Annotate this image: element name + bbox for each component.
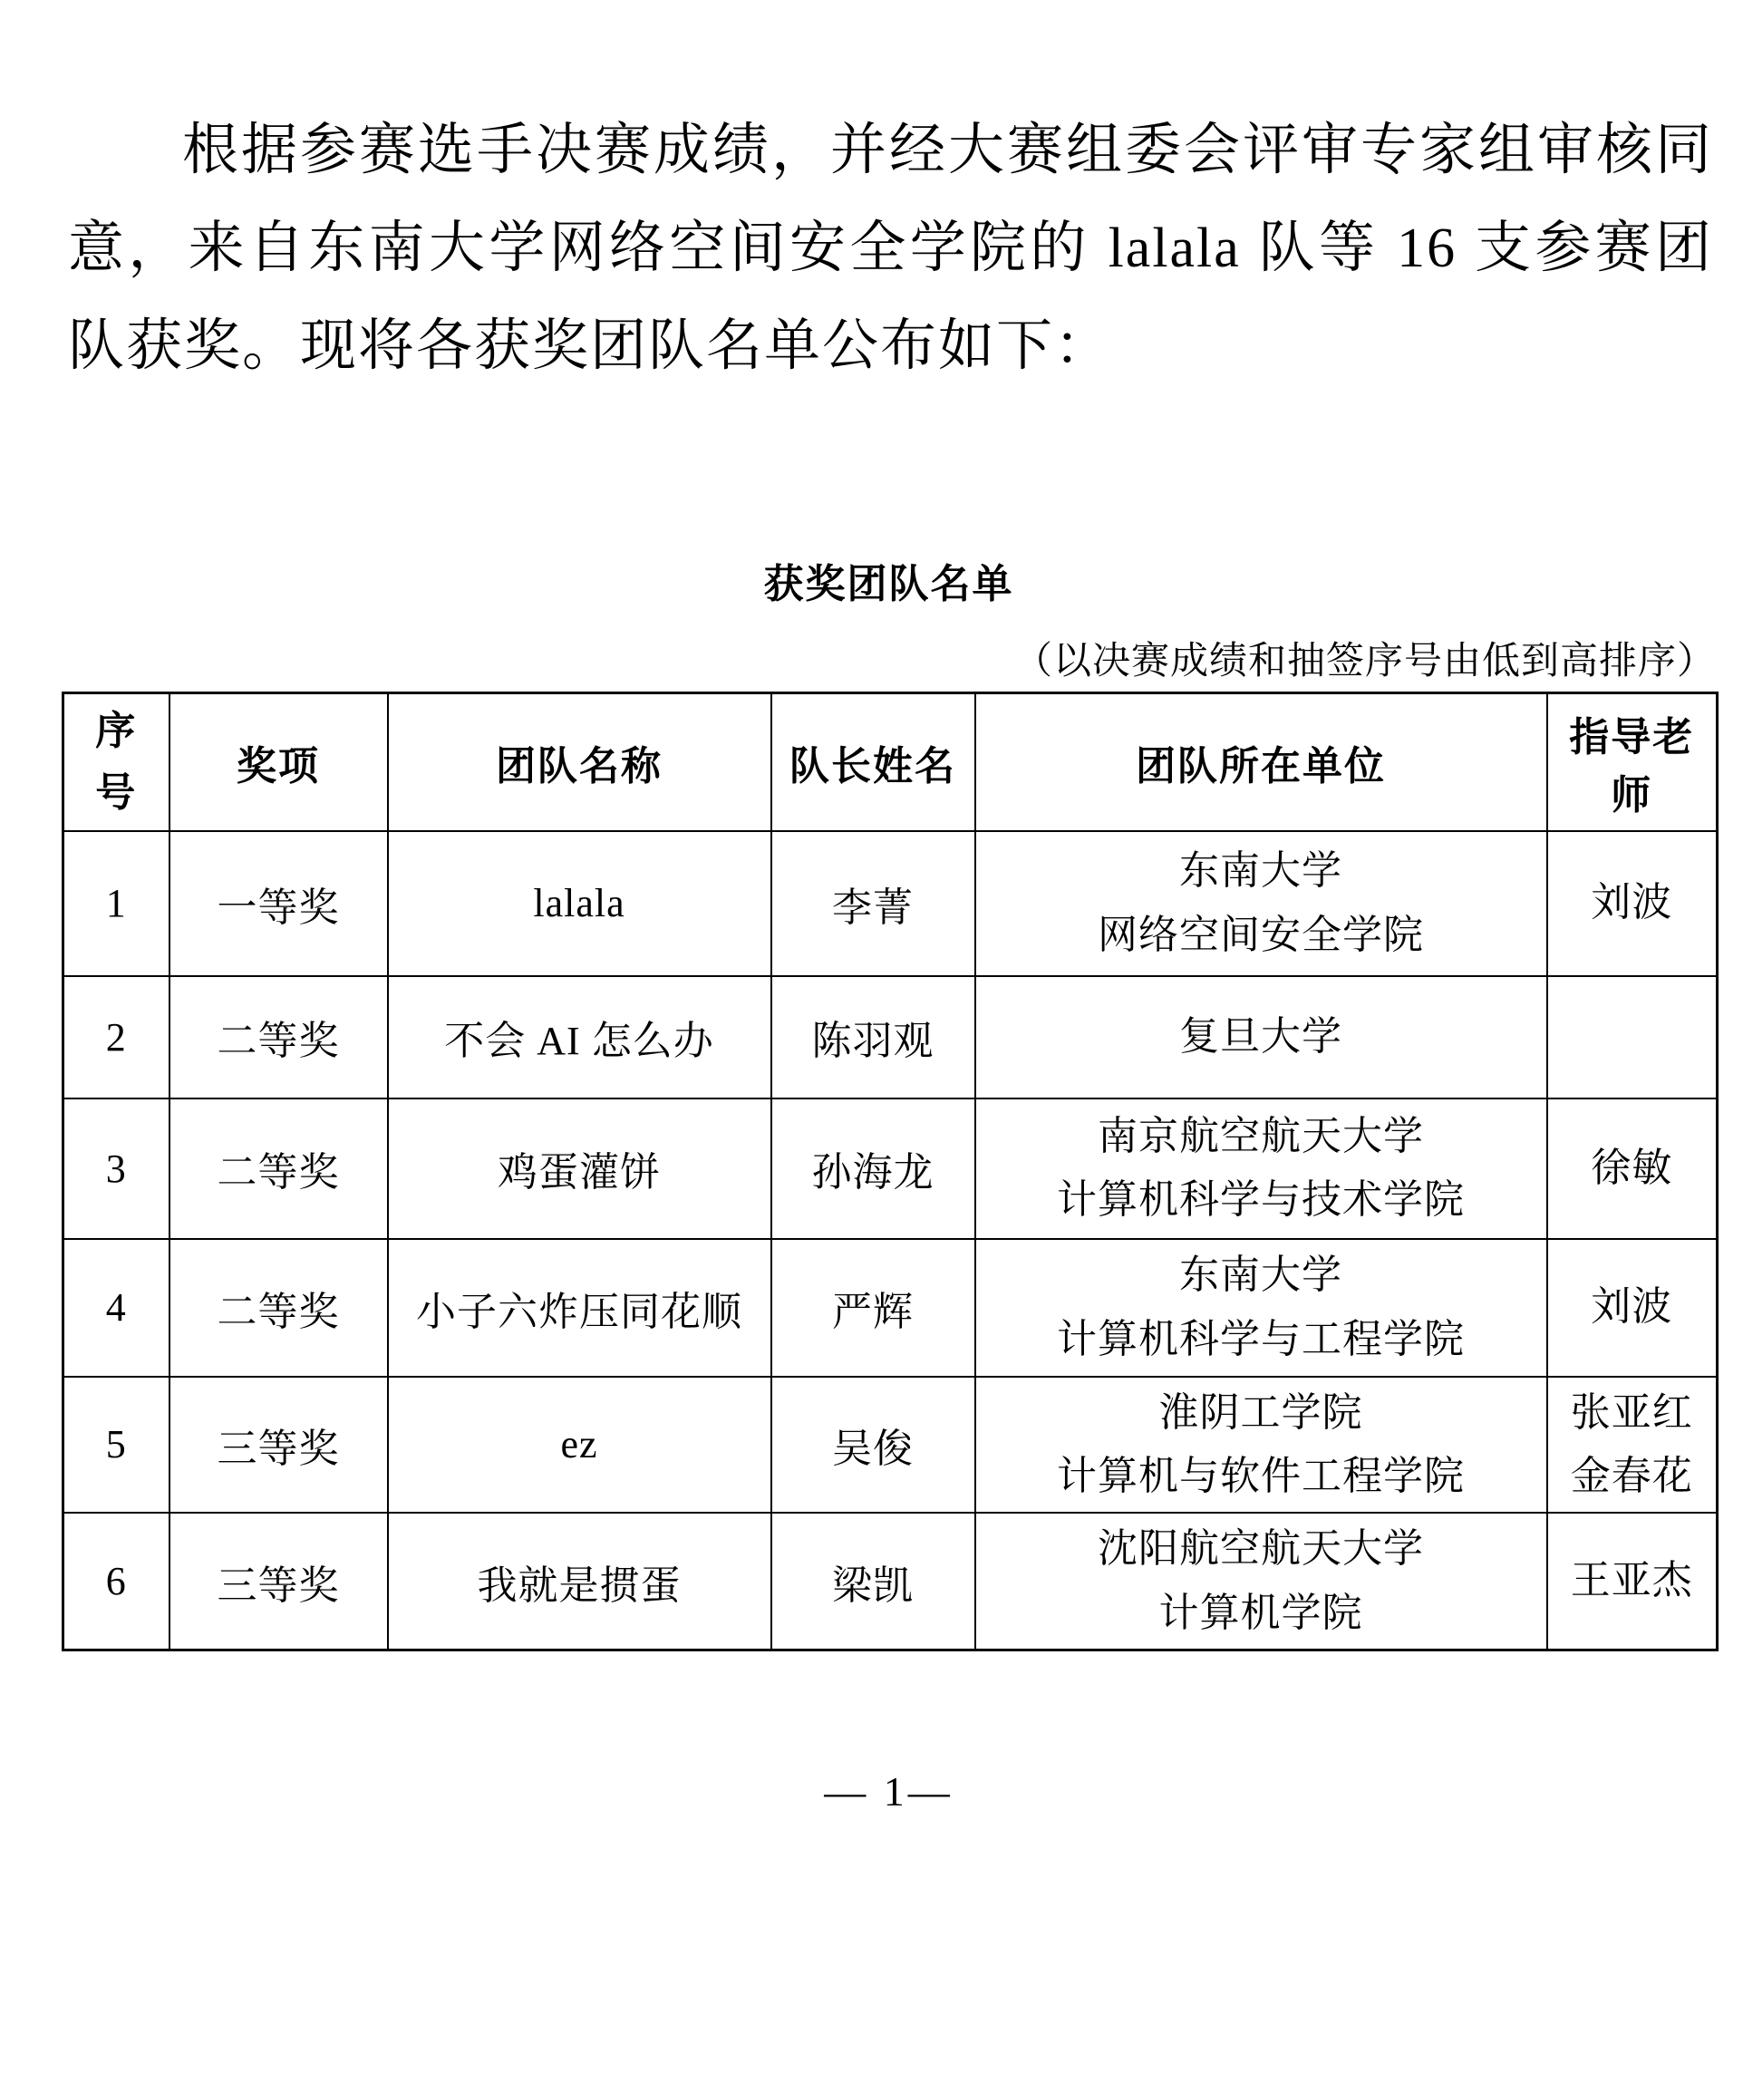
cell-unit: 南京航空航天大学 计算机科学与技术学院	[975, 1098, 1547, 1239]
advisor-line: 徐敏	[1554, 1137, 1711, 1200]
cell-award: 二等奖	[169, 976, 388, 1098]
table-row: 3 二等奖 鸡蛋灌饼 孙海龙 南京航空航天大学 计算机科学与技术学院 徐敏	[63, 1098, 1718, 1239]
cell-advisor: 刘波	[1547, 1239, 1718, 1377]
advisor-line: 刘波	[1554, 871, 1711, 934]
unit-line: 计算机与软件工程学院	[982, 1445, 1541, 1508]
table-row: 6 三等奖 我就是掼蛋 梁凯 沈阳航空航天大学 计算机学院 王亚杰	[63, 1513, 1718, 1650]
cell-captain: 陈羽观	[771, 976, 975, 1098]
cell-team-name: 不会 AI 怎么办	[388, 976, 771, 1098]
cell-no: 5	[63, 1377, 169, 1514]
advisor-line: 金春花	[1554, 1445, 1711, 1508]
cell-captain: 梁凯	[771, 1513, 975, 1650]
unit-line: 计算机学院	[982, 1582, 1541, 1645]
cell-captain: 严辉	[771, 1239, 975, 1377]
cell-award: 三等奖	[169, 1377, 388, 1514]
table-header-row: 序号 奖项 团队名称 队长姓名 团队所在单位 指导老师	[63, 693, 1718, 831]
table-row: 5 三等奖 ez 吴俊 淮阴工学院 计算机与软件工程学院 张亚红 金春花	[63, 1377, 1718, 1514]
header-no-label: 序号	[94, 701, 138, 824]
cell-award: 二等奖	[169, 1239, 388, 1377]
advisor-line: 刘波	[1554, 1275, 1711, 1339]
cell-advisor: 刘波	[1547, 831, 1718, 976]
cell-team-name: 我就是掼蛋	[388, 1513, 771, 1650]
cell-advisor: 王亚杰	[1547, 1513, 1718, 1650]
cell-unit: 复旦大学	[975, 976, 1547, 1098]
advisor-line: 王亚杰	[1554, 1549, 1711, 1612]
cell-unit: 沈阳航空航天大学 计算机学院	[975, 1513, 1547, 1650]
cell-captain: 吴俊	[771, 1377, 975, 1514]
header-team-name: 团队名称	[388, 693, 771, 831]
cell-team-name: 小子六炸压同花顺	[388, 1239, 771, 1377]
cell-captain: 李菁	[771, 831, 975, 976]
unit-line: 网络空间安全学院	[982, 904, 1541, 967]
table-row: 1 一等奖 lalala 李菁 东南大学 网络空间安全学院 刘波	[63, 831, 1718, 976]
cell-award: 三等奖	[169, 1513, 388, 1650]
unit-line: 淮阴工学院	[982, 1381, 1541, 1445]
document-page: 根据参赛选手决赛成绩，并经大赛组委会评审专家组审核同 意，来自东南大学网络空间安…	[0, 0, 1743, 2100]
cell-no: 1	[63, 831, 169, 976]
cell-team-name: ez	[388, 1377, 771, 1514]
cell-captain: 孙海龙	[771, 1098, 975, 1239]
header-award: 奖项	[169, 693, 388, 831]
cell-advisor: 徐敏	[1547, 1098, 1718, 1239]
table-row: 2 二等奖 不会 AI 怎么办 陈羽观 复旦大学	[63, 976, 1718, 1098]
sort-order-note: （以决赛成绩和抽签序号由低到高排序）	[1014, 631, 1716, 685]
paragraph-line-2: 意，来自东南大学网络空间安全学院的 lalala 队等 16 支参赛团	[68, 199, 1713, 297]
header-advisor: 指导老师	[1547, 693, 1718, 831]
paragraph-line-1: 根据参赛选手决赛成绩，并经大赛组委会评审专家组审核同	[68, 102, 1713, 199]
cell-unit: 东南大学 计算机科学与工程学院	[975, 1239, 1547, 1377]
header-captain: 队长姓名	[771, 693, 975, 831]
table-title: 获奖团队名单	[62, 551, 1716, 609]
unit-line: 复旦大学	[982, 1005, 1541, 1069]
unit-line: 计算机科学与工程学院	[982, 1308, 1541, 1371]
unit-line: 沈阳航空航天大学	[982, 1517, 1541, 1581]
cell-award: 一等奖	[169, 831, 388, 976]
unit-line: 东南大学	[982, 1244, 1541, 1307]
table-row: 4 二等奖 小子六炸压同花顺 严辉 东南大学 计算机科学与工程学院 刘波	[63, 1239, 1718, 1377]
unit-line: 计算机科学与技术学院	[982, 1168, 1541, 1232]
award-table: 序号 奖项 团队名称 队长姓名 团队所在单位 指导老师 1 一等奖 lalala…	[62, 692, 1719, 1651]
cell-unit: 淮阴工学院 计算机与软件工程学院	[975, 1377, 1547, 1514]
cell-no: 4	[63, 1239, 169, 1377]
paragraph-line-3: 队获奖。现将各获奖团队名单公布如下：	[68, 297, 1713, 395]
cell-no: 2	[63, 976, 169, 1098]
unit-line: 东南大学	[982, 839, 1541, 903]
header-no: 序号	[63, 693, 169, 831]
cell-advisor: 张亚红 金春花	[1547, 1377, 1718, 1514]
cell-no: 6	[63, 1513, 169, 1650]
cell-team-name: 鸡蛋灌饼	[388, 1098, 771, 1239]
intro-paragraph: 根据参赛选手决赛成绩，并经大赛组委会评审专家组审核同 意，来自东南大学网络空间安…	[68, 102, 1713, 395]
unit-line: 南京航空航天大学	[982, 1105, 1541, 1168]
cell-team-name: lalala	[388, 831, 771, 976]
header-unit: 团队所在单位	[975, 693, 1547, 831]
page-number: — 1—	[62, 1767, 1716, 1815]
cell-award: 二等奖	[169, 1098, 388, 1239]
cell-unit: 东南大学 网络空间安全学院	[975, 831, 1547, 976]
cell-advisor	[1547, 976, 1718, 1098]
advisor-line: 张亚红	[1554, 1381, 1711, 1445]
cell-no: 3	[63, 1098, 169, 1239]
